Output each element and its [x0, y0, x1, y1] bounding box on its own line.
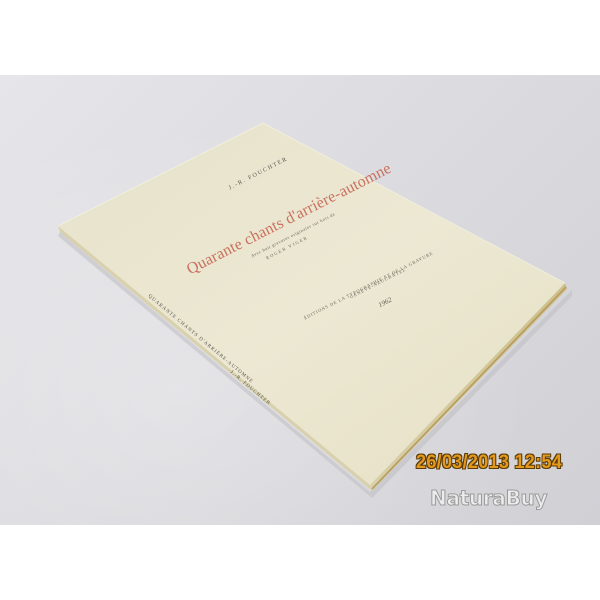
book — [0, 0, 600, 600]
date-timestamp: 26/03/2013 12:54 — [416, 452, 562, 474]
book-cover — [58, 123, 565, 485]
naturabuy-watermark: NaturaBuy — [430, 486, 547, 510]
